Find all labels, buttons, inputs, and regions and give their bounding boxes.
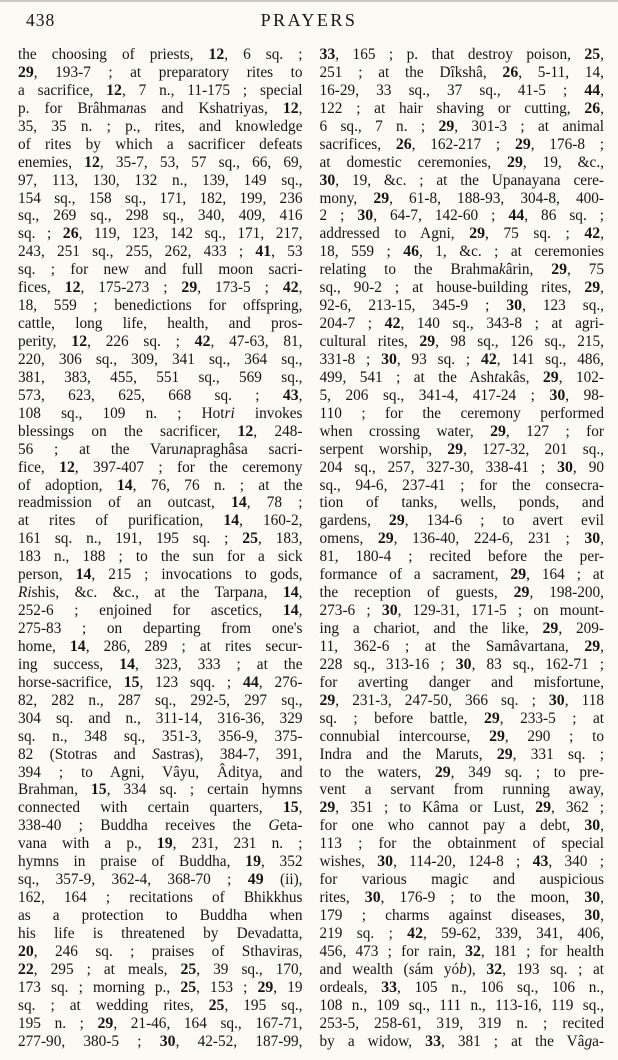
- text-line: a sacrifice, 12, 7 n., 11-175 ; special: [18, 82, 303, 100]
- text-line: serpent worship, 29, 127-32, 201 sq.,: [320, 441, 605, 459]
- text-line: 220, 306 sq., 309, 341 sq., 364 sq.,: [18, 351, 303, 369]
- text-line: 92-6, 213-15, 345-9 ; 30, 123 sq.,: [320, 297, 605, 315]
- text-line: 219 sq. ; 42, 59-62, 339, 341, 406,: [320, 925, 605, 943]
- text-line: 195 n. ; 29, 21-46, 164 sq., 167-71,: [18, 1015, 303, 1033]
- text-line: 179 ; charms against diseases, 30,: [320, 907, 605, 925]
- text-line: addressed to Agni, 29, 75 sq. ; 42,: [320, 225, 605, 243]
- text-line: vent a servant from running away,: [320, 781, 605, 799]
- text-line: 331-8 ; 30, 93 sq. ; 42, 141 sq., 486,: [320, 351, 605, 369]
- text-line: 162, 164 ; recitations of Bhikkhus: [18, 889, 303, 907]
- text-line: 30, 19, &c. ; at the Upanayana cere-: [320, 172, 605, 190]
- text-line: 5, 206 sq., 341-4, 417-24 ; 30, 98-: [320, 387, 605, 405]
- text-line: fices, 12, 175-273 ; 29, 173-5 ; 42,: [18, 279, 303, 297]
- text-line: 110 ; for the ceremony performed: [320, 405, 605, 423]
- text-line: 381, 383, 455, 551 sq., 569 sq.,: [18, 369, 303, 387]
- text-line: 499, 541 ; at the Ashtakâs, 29, 102-: [320, 369, 605, 387]
- text-line: 11, 362-6 ; at the Samâvartana, 29,: [320, 638, 605, 656]
- text-line: Rishis, &c. &c., at the Tarpana, 14,: [18, 584, 303, 602]
- text-line: sq., 94-6, 237-41 ; for the consecra-: [320, 477, 605, 495]
- text-line: 228 sq., 313-16 ; 30, 83 sq., 162-71 ;: [320, 656, 605, 674]
- text-line: person, 14, 215 ; invocations to gods,: [18, 566, 303, 584]
- text-line: 81, 180-4 ; recited before the per-: [320, 548, 605, 566]
- text-line: 122 ; at hair shaving or cutting, 26,: [320, 100, 605, 118]
- text-line: 108 n., 109 sq., 111 n., 113-16, 119 sq.…: [320, 997, 605, 1015]
- text-line: readmission of an outcast, 14, 78 ;: [18, 494, 303, 512]
- text-line: to the waters, 29, 349 sq. ; to pre-: [320, 764, 605, 782]
- text-line: sq., 90-2 ; at house-building rites, 29,: [320, 279, 605, 297]
- text-line: omens, 29, 136-40, 224-6, 231 ; 30,: [320, 530, 605, 548]
- text-line: 275-83 ; on departing from one's: [18, 620, 303, 638]
- text-line: 304 sq. and n., 311-14, 316-36, 329: [18, 710, 303, 728]
- text-line: at domestic ceremonies, 29, 19, &c.,: [320, 154, 605, 172]
- text-line: cultural rites, 29, 98 sq., 126 sq., 215…: [320, 333, 605, 351]
- text-line: 252-6 ; enjoined for ascetics, 14,: [18, 602, 303, 620]
- text-line: vana with a p., 19, 231, 231 n. ;: [18, 835, 303, 853]
- text-line: sq., 269 sq., 298 sq., 340, 409, 416: [18, 207, 303, 225]
- text-line: 243, 251 sq., 255, 262, 433 ; 41, 53: [18, 243, 303, 261]
- text-line: the reception of guests, 29, 198-200,: [320, 584, 605, 602]
- text-column-right: 33, 165 ; p. that destroy poison, 25,251…: [320, 46, 605, 1051]
- text-line: 161 sq. n., 191, 195 sq. ; 25, 183,: [18, 530, 303, 548]
- text-line: ing a chariot, and the like, 29, 209-: [320, 620, 605, 638]
- text-line: by a widow, 33, 381 ; at the Vâga-: [320, 1033, 605, 1051]
- text-line: wishes, 30, 114-20, 124-8 ; 43, 340 ;: [320, 853, 605, 871]
- text-line: 29, 193-7 ; at preparatory rites to: [18, 64, 303, 82]
- text-columns: the choosing of priests, 12, 6 sq. ;29, …: [18, 46, 604, 1051]
- text-line: of rites by which a sacrificer defeats: [18, 136, 303, 154]
- text-line: connubial intercourse, 29, 290 ; to: [320, 728, 605, 746]
- text-line: as a protection to Buddha when: [18, 907, 303, 925]
- text-line: 22, 295 ; at meals, 25, 39 sq., 170,: [18, 961, 303, 979]
- text-line: 573, 623, 625, 668 sq. ; 43,: [18, 387, 303, 405]
- text-line: 56 ; at the Varunapraghâsa sacri-: [18, 441, 303, 459]
- text-line: for averting danger and misfortune,: [320, 674, 605, 692]
- text-line: p. for Brâhmanas and Kshatriyas, 12,: [18, 100, 303, 118]
- text-line: 29, 231-3, 247-50, 366 sq. ; 30, 118: [320, 692, 605, 710]
- text-line: 113 ; for the obtainment of special: [320, 835, 605, 853]
- text-line: 456, 473 ; for rain, 32, 181 ; for healt…: [320, 943, 605, 961]
- text-line: 253-5, 258-61, 319, 319 n. ; recited: [320, 1015, 605, 1033]
- text-line: his life is threatened by Devadatta,: [18, 925, 303, 943]
- text-line: sacrifices, 26, 162-217 ; 29, 176-8 ;: [320, 136, 605, 154]
- text-line: horse-sacrifice, 15, 123 sqq. ; 44, 276-: [18, 674, 303, 692]
- text-line: 394 ; to Agni, Vâyu, Âditya, and: [18, 764, 303, 782]
- text-line: sq. n., 348 sq., 351-3, 356-9, 375-: [18, 728, 303, 746]
- text-line: formance of a sacrament, 29, 164 ; at: [320, 566, 605, 584]
- text-line: tion of tanks, wells, ponds, and: [320, 494, 605, 512]
- text-line: 33, 165 ; p. that destroy poison, 25,: [320, 46, 605, 64]
- text-line: 173 sq. ; morning p., 25, 153 ; 29, 19: [18, 979, 303, 997]
- text-line: 204 sq., 257, 327-30, 338-41 ; 30, 90: [320, 459, 605, 477]
- text-line: relating to the Brahmakârin, 29, 75: [320, 261, 605, 279]
- text-line: perity, 12, 226 sq. ; 42, 47-63, 81,: [18, 333, 303, 351]
- text-line: ing success, 14, 323, 333 ; at the: [18, 656, 303, 674]
- text-line: sq. ; for new and full moon sacri-: [18, 261, 303, 279]
- text-line: mony, 29, 61-8, 188-93, 304-8, 400-: [320, 190, 605, 208]
- text-line: hymns in praise of Buddha, 19, 352: [18, 853, 303, 871]
- text-line: 82, 282 n., 287 sq., 292-5, 297 sq.,: [18, 692, 303, 710]
- text-line: 277-90, 380-5 ; 30, 42-52, 187-99,: [18, 1033, 303, 1051]
- text-line: 16-29, 33 sq., 37 sq., 41-5 ; 44,: [320, 82, 605, 100]
- text-line: cattle, long life, health, and pros-: [18, 315, 303, 333]
- text-line: 82 (Stotras and Sastras), 384-7, 391,: [18, 746, 303, 764]
- text-line: 35, 35 n. ; p., rites, and knowledge: [18, 118, 303, 136]
- text-line: 154 sq., 158 sq., 171, 182, 199, 236: [18, 190, 303, 208]
- text-line: 251 ; at the Dîkshâ, 26, 5-11, 14,: [320, 64, 605, 82]
- book-page: 438 PRAYERS the choosing of priests, 12,…: [0, 0, 618, 1060]
- text-line: rites, 30, 176-9 ; to the moon, 30,: [320, 889, 605, 907]
- text-line: when crossing water, 29, 127 ; for: [320, 423, 605, 441]
- text-line: 338-40 ; Buddha receives the Geta-: [18, 817, 303, 835]
- text-line: 108 sq., 109 n. ; Hotri invokes: [18, 405, 303, 423]
- text-line: of adoption, 14, 76, 76 n. ; at the: [18, 477, 303, 495]
- text-line: Indra and the Maruts, 29, 331 sq. ;: [320, 746, 605, 764]
- running-title: PRAYERS: [0, 10, 618, 31]
- text-line: and wealth (sám yób), 32, 193 sq. ; at: [320, 961, 605, 979]
- text-line: enemies, 12, 35-7, 53, 57 sq., 66, 69,: [18, 154, 303, 172]
- text-line: 97, 113, 130, 132 n., 139, 149 sq.,: [18, 172, 303, 190]
- text-line: 204-7 ; 42, 140 sq., 343-8 ; at agri-: [320, 315, 605, 333]
- text-line: fice, 12, 397-407 ; for the ceremony: [18, 459, 303, 477]
- text-line: at rites of purification, 14, 160-2,: [18, 512, 303, 530]
- text-line: 20, 246 sq. ; praises of Sthaviras,: [18, 943, 303, 961]
- text-line: sq. ; 26, 119, 123, 142 sq., 171, 217,: [18, 225, 303, 243]
- text-line: sq. ; before battle, 29, 233-5 ; at: [320, 710, 605, 728]
- text-line: 273-6 ; 30, 129-31, 171-5 ; on mount-: [320, 602, 605, 620]
- text-line: 18, 559 ; 46, 1, &c. ; at ceremonies: [320, 243, 605, 261]
- text-line: for one who cannot pay a debt, 30,: [320, 817, 605, 835]
- text-line: 18, 559 ; benedictions for offspring,: [18, 297, 303, 315]
- text-line: 183 n., 188 ; to the sun for a sick: [18, 548, 303, 566]
- text-line: 6 sq., 7 n. ; 29, 301-3 ; at animal: [320, 118, 605, 136]
- text-line: sq. ; at wedding rites, 25, 195 sq.,: [18, 997, 303, 1015]
- text-line: connected with certain quarters, 15,: [18, 799, 303, 817]
- text-line: for various magic and auspicious: [320, 871, 605, 889]
- text-line: 2 ; 30, 64-7, 142-60 ; 44, 86 sq. ;: [320, 207, 605, 225]
- text-line: sq., 357-9, 362-4, 368-70 ; 49 (ii),: [18, 871, 303, 889]
- text-line: gardens, 29, 134-6 ; to avert evil: [320, 512, 605, 530]
- text-line: home, 14, 286, 289 ; at rites secur-: [18, 638, 303, 656]
- text-line: 29, 351 ; to Kâma or Lust, 29, 362 ;: [320, 799, 605, 817]
- text-line: Brahman, 15, 334 sq. ; certain hymns: [18, 781, 303, 799]
- text-line: ordeals, 33, 105 n., 106 sq., 106 n.,: [320, 979, 605, 997]
- text-line: the choosing of priests, 12, 6 sq. ;: [18, 46, 303, 64]
- text-column-left: the choosing of priests, 12, 6 sq. ;29, …: [18, 46, 303, 1051]
- text-line: blessings on the sacrificer, 12, 248-: [18, 423, 303, 441]
- page-header: 438 PRAYERS: [0, 10, 618, 36]
